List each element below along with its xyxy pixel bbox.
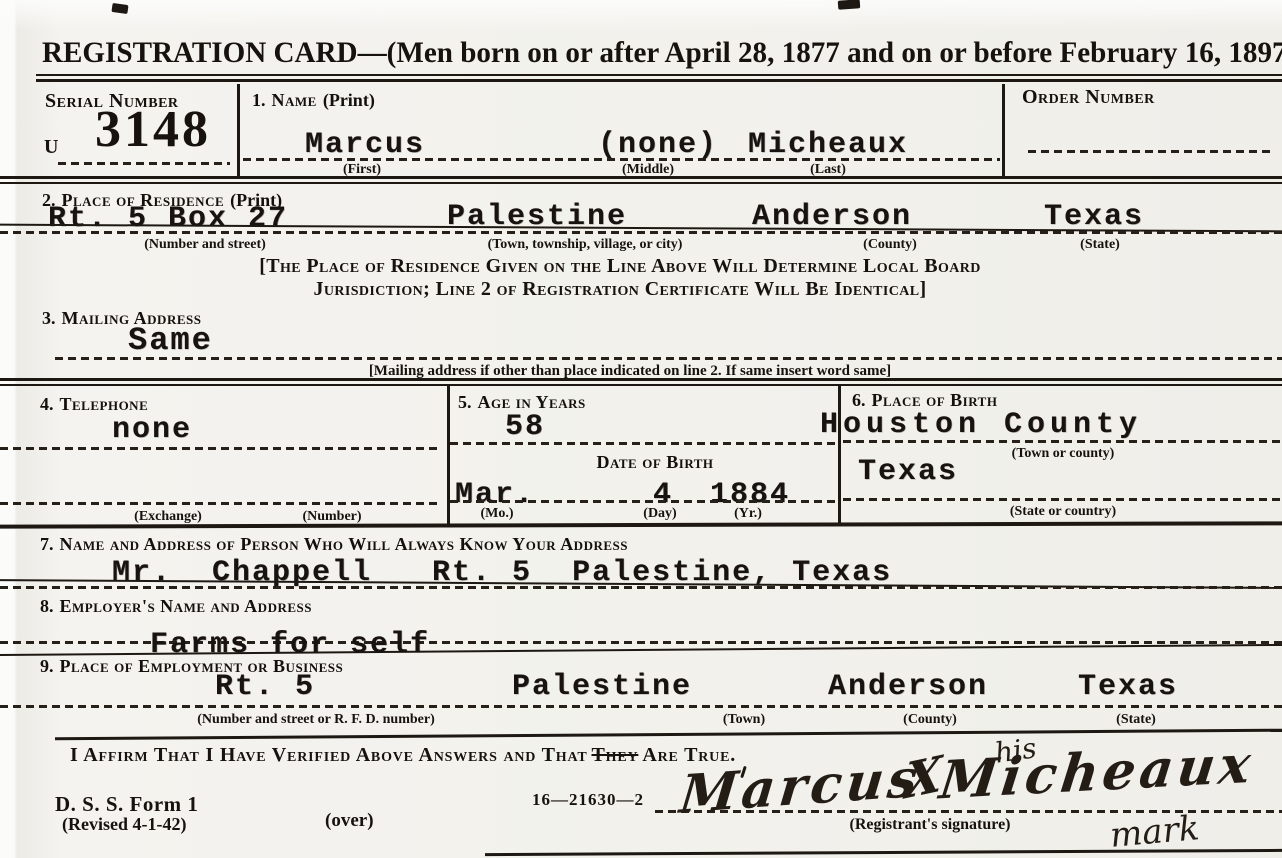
telephone-value: none — [112, 413, 192, 447]
employment-street-value: Rt. 5 — [215, 670, 315, 704]
jurisdiction-note-line2: Jurisdiction; Line 2 of Registration Cer… — [0, 278, 1240, 301]
section8-number: 8. — [40, 596, 54, 616]
caption-rfd-number: (Number and street or R. F. D. number) — [197, 712, 434, 728]
caption-employment-town: (Town) — [723, 712, 765, 728]
row3-rule-top — [0, 378, 1282, 381]
caption-number-street: (Number and street) — [144, 237, 266, 253]
section7-label: Name and Address of Person Who Will Alwa… — [60, 534, 628, 554]
caption-month: (Mo.) — [480, 506, 513, 522]
telephone-fill-line-1 — [0, 447, 440, 450]
title-rule-top — [36, 74, 1282, 76]
card-title: REGISTRATION CARD—(Men born on or after … — [42, 36, 1282, 70]
employment-town-value: Palestine — [512, 670, 692, 704]
divider-name-order — [1002, 84, 1005, 177]
serial-prefix: U — [44, 136, 58, 159]
employment-state-value: Texas — [1078, 670, 1178, 704]
age-value: 58 — [505, 410, 545, 444]
affirmation-pre: I Affirm That I Have Verified Above Answ… — [70, 744, 588, 766]
scan-artifact — [838, 0, 861, 10]
section7-header: 7.Name and Address of Person Who Will Al… — [40, 534, 628, 555]
section4-number: 4. — [40, 394, 54, 414]
birthplace-fill-line-1 — [843, 440, 1282, 443]
scan-artifact — [111, 3, 128, 14]
caption-state-or-country: (State or country) — [1010, 504, 1116, 520]
date-of-birth-label: Date of Birth — [596, 452, 713, 473]
section4-header: 4.Telephone — [40, 394, 148, 415]
affirmation-text: I Affirm That I Have Verified Above Answ… — [70, 744, 736, 767]
caption-year: (Yr.) — [734, 506, 762, 522]
serial-fill-line — [58, 162, 230, 165]
print-code: 16—21630—2 — [532, 790, 644, 810]
title-rule-bottom — [36, 79, 1282, 82]
section1-number: 1. — [252, 90, 266, 110]
name-middle-value: (none) — [598, 128, 718, 162]
birthplace-town-value: Houston County — [820, 408, 1142, 442]
mailing-fill-line — [55, 357, 1282, 360]
order-number-label: Order Number — [1022, 86, 1155, 109]
section1-suffix: (Print) — [323, 90, 375, 110]
section6-number: 6. — [852, 390, 866, 410]
serial-number-value: 3148 — [95, 100, 211, 159]
row1-rule-top — [0, 176, 1282, 179]
divider-serial-name — [237, 84, 240, 177]
caption-number: (Number) — [302, 509, 361, 525]
affirmation-struck-word: They — [592, 744, 639, 766]
signature-last-name: Micheaux — [936, 734, 1257, 812]
divider-age-birth — [838, 386, 841, 524]
registration-card: REGISTRATION CARD—(Men born on or after … — [0, 0, 1282, 858]
birthplace-fill-line-2 — [843, 498, 1282, 501]
age-fill-line — [450, 442, 836, 445]
residence-fill-line — [0, 231, 1282, 234]
over-note: (over) — [325, 810, 374, 832]
caption-town-township: (Town, township, village, or city) — [488, 237, 683, 253]
caption-employment-state: (State) — [1116, 712, 1156, 728]
section4-label: Telephone — [60, 394, 149, 414]
name-last-value: Micheaux — [748, 128, 908, 162]
mailing-address-value: Same — [128, 322, 213, 359]
section6-label: Place of Birth — [872, 390, 998, 410]
dob-fill-line — [450, 500, 836, 503]
section1-label: Name — [272, 90, 317, 110]
birthplace-state-value: Texas — [858, 455, 958, 489]
row1-rule-bottom — [0, 182, 1282, 184]
section1-header: 1.Name(Print) — [252, 90, 375, 111]
contact-fill-line — [0, 586, 1282, 589]
order-fill-line — [1028, 150, 1272, 153]
divider-telephone-age — [447, 386, 450, 524]
name-fill-line — [243, 158, 1000, 161]
employment-fill-line — [0, 705, 1282, 708]
signature-his-annotation: his — [993, 731, 1039, 769]
caption-registrant-signature: (Registrant's signature) — [849, 816, 1010, 834]
residence-town-value: Palestine — [447, 200, 627, 234]
section7-number: 7. — [40, 534, 54, 554]
form-revision: (Revised 4-1-42) — [62, 814, 186, 835]
order-number-label-text: Order Number — [1022, 86, 1155, 108]
section8-label: Employer's Name and Address — [60, 596, 312, 616]
section8-header: 8.Employer's Name and Address — [40, 596, 312, 617]
section5-label: Age in Years — [478, 392, 586, 412]
caption-state: (State) — [1080, 237, 1120, 253]
caption-day: (Day) — [643, 506, 676, 522]
name-first-value: Marcus — [305, 128, 425, 162]
telephone-fill-line-2 — [0, 502, 440, 505]
card-bottom-edge — [485, 849, 1282, 856]
row3-rule-bottom — [0, 384, 1282, 386]
date-of-birth-label-text: Date of Birth — [596, 452, 713, 472]
section5-number: 5. — [458, 392, 472, 412]
caption-exchange: (Exchange) — [134, 509, 202, 525]
jurisdiction-note-line1: [The Place of Residence Given on the Lin… — [0, 255, 1240, 278]
caption-county: (County) — [863, 237, 917, 253]
section9-number: 9. — [40, 656, 54, 676]
employment-county-value: Anderson — [828, 670, 988, 704]
row9-rule-bottom — [55, 729, 1282, 741]
section3-number: 3. — [42, 308, 56, 328]
caption-employment-county: (County) — [903, 712, 957, 728]
caption-town-or-county: (Town or county) — [1012, 446, 1115, 462]
